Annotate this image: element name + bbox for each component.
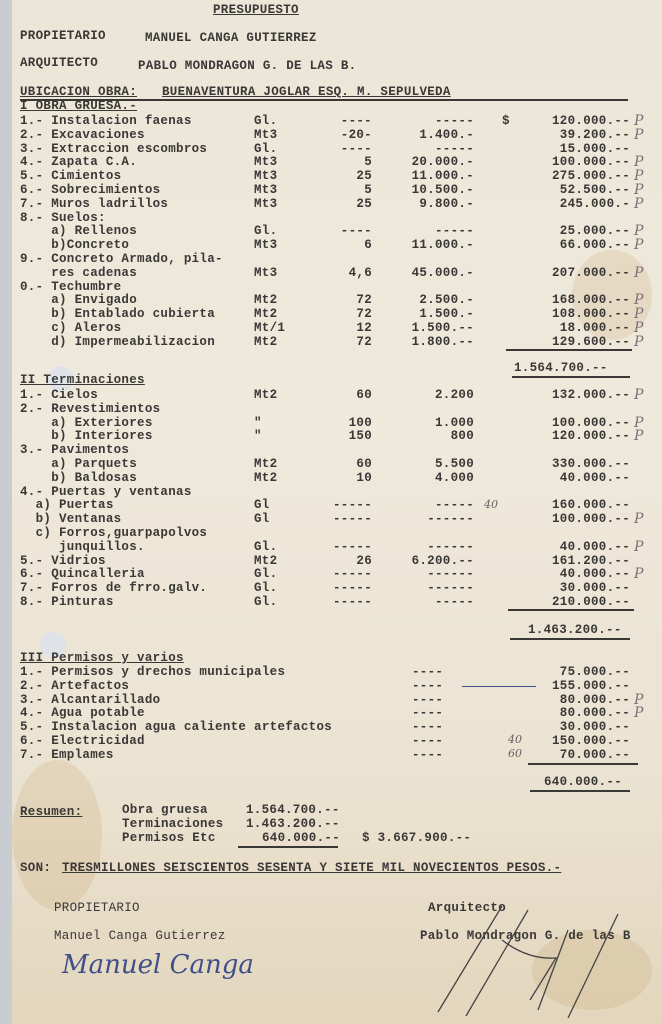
- row-unit: Mt2: [254, 458, 277, 472]
- row-unit-price: 2.500.-: [394, 294, 474, 308]
- row-total: 330.000.--: [516, 458, 630, 472]
- checkmark: P: [634, 265, 643, 281]
- row-total: 40.000.--: [516, 472, 630, 486]
- handwritten-signature-right: [418, 900, 648, 1020]
- row-unit: Gl.: [254, 541, 277, 555]
- checkmark: P: [634, 196, 643, 212]
- row-total: 70.000.--: [516, 749, 630, 763]
- row-quantity: 150: [320, 430, 372, 444]
- row-description: 6.- Quincalleria: [20, 568, 145, 582]
- propietario-label: PROPIETARIO: [20, 30, 106, 44]
- row-unit: Mt3: [254, 198, 277, 212]
- row-description: 8.- Suelos:: [20, 212, 106, 226]
- row-unit-price: 20.000.-: [394, 156, 474, 170]
- ubicacion-label: UBICACION OBRA:: [20, 86, 137, 100]
- row-total: 30.000.--: [516, 582, 630, 596]
- row-description: a) Exteriores: [20, 417, 153, 431]
- section-subtotal: 640.000.--: [544, 776, 622, 790]
- row-description: a) Rellenos: [20, 225, 137, 239]
- arquitecto-label: ARQUITECTO: [20, 57, 98, 71]
- row-total: 100.000.--: [516, 417, 630, 431]
- row-description: 9.- Concreto Armado, pila-: [20, 253, 223, 267]
- row-quantity: -----: [320, 568, 372, 582]
- row-total: 120.000.--: [516, 430, 630, 444]
- row-unit-price: 11.000.-: [394, 170, 474, 184]
- row-quantity: ----: [320, 143, 372, 157]
- row-quantity: 60: [320, 458, 372, 472]
- row-description: b) Ventanas: [20, 513, 121, 527]
- row-unit: Gl.: [254, 143, 277, 157]
- checkmark: P: [634, 387, 643, 403]
- section-title: I OBRA GRUESA.-: [20, 100, 137, 114]
- row-quantity: 26: [320, 555, 372, 569]
- row-dash: ----: [412, 735, 443, 749]
- row-total: 40.000.--: [516, 568, 630, 582]
- row-total: 75.000.--: [516, 666, 630, 680]
- row-description: 7.- Muros ladrillos: [20, 198, 168, 212]
- subtotal-rule: [510, 638, 630, 640]
- row-description: 1.- Instalacion faenas: [20, 115, 192, 129]
- row-unit-price: 45.000.-: [394, 267, 474, 281]
- row-unit: Gl: [254, 513, 270, 527]
- row-quantity: -----: [320, 499, 372, 513]
- row-unit-price: -----: [394, 225, 474, 239]
- row-quantity: 25: [320, 198, 372, 212]
- row-quantity: 72: [320, 336, 372, 350]
- row-unit: Mt2: [254, 555, 277, 569]
- handwritten-signature-left: Manuel Canga: [62, 950, 254, 980]
- row-unit-price: -----: [394, 596, 474, 610]
- row-description: c) Aleros: [20, 322, 121, 336]
- row-unit-price: 1.000: [394, 417, 474, 431]
- row-description: 5.- Cimientos: [20, 170, 121, 184]
- row-unit-price: 9.800.-: [394, 198, 474, 212]
- resumen-item-label: Permisos Etc: [122, 832, 216, 846]
- row-total: 275.000.--: [516, 170, 630, 184]
- section-subtotal: 1.463.200.--: [528, 624, 622, 638]
- row-unit-price: 1.400.-: [394, 129, 474, 143]
- row-dash: ----: [412, 721, 443, 735]
- row-total: 129.600.--: [516, 336, 630, 350]
- row-unit: Mt2: [254, 336, 277, 350]
- row-quantity: 10: [320, 472, 372, 486]
- row-description: b) Interiores: [20, 430, 153, 444]
- son-label: SON:: [20, 862, 51, 876]
- row-unit: Gl.: [254, 596, 277, 610]
- row-description: res cadenas: [20, 267, 137, 281]
- resumen-rule: [238, 846, 338, 848]
- row-quantity: 60: [320, 389, 372, 403]
- row-quantity: ----: [320, 225, 372, 239]
- row-description: 1.- Permisos y drechos municipales: [20, 666, 285, 680]
- row-unit: Gl.: [254, 225, 277, 239]
- row-description: 6.- Electricidad: [20, 735, 145, 749]
- row-total: 80.000.--: [516, 707, 630, 721]
- row-unit: Mt3: [254, 129, 277, 143]
- section-title: II Terminaciones: [20, 374, 145, 388]
- row-quantity: -----: [320, 582, 372, 596]
- subtotal-rule: [528, 763, 638, 765]
- row-total: 100.000.--: [516, 513, 630, 527]
- checkmark: P: [634, 705, 643, 721]
- resumen-item-value: 1.564.700.--: [246, 804, 340, 818]
- row-total: 39.200.--: [516, 129, 630, 143]
- row-description: b) Baldosas: [20, 472, 137, 486]
- row-description: 4.- Zapata C.A.: [20, 156, 137, 170]
- row-unit: Mt3: [254, 184, 277, 198]
- row-quantity: 100: [320, 417, 372, 431]
- checkmark: P: [634, 237, 643, 253]
- resumen-item-label: Obra gruesa: [122, 804, 208, 818]
- row-quantity: -----: [320, 513, 372, 527]
- row-quantity: 5: [320, 184, 372, 198]
- row-quantity: ----: [320, 115, 372, 129]
- row-dash: ----: [412, 694, 443, 708]
- row-unit-price: 1.500.-: [394, 308, 474, 322]
- row-total: 66.000.--: [516, 239, 630, 253]
- row-description: 5.- Instalacion agua caliente artefactos: [20, 721, 332, 735]
- page-title: PRESUPUESTO: [213, 4, 299, 18]
- row-unit-price: 6.200.--: [394, 555, 474, 569]
- subtotal-rule: [530, 790, 630, 792]
- row-description: 5.- Vidrios: [20, 555, 106, 569]
- row-description: a) Parquets: [20, 458, 137, 472]
- row-unit-price: 800: [394, 430, 474, 444]
- row-total: 108.000.--: [516, 308, 630, 322]
- son-text: TRESMILLONES SEISCIENTOS SESENTA Y SIETE…: [62, 862, 561, 876]
- row-total: 30.000.--: [516, 721, 630, 735]
- row-description: 8.- Pinturas: [20, 596, 114, 610]
- checkmark: P: [634, 127, 643, 143]
- resumen-item-value: 640.000.--: [262, 832, 340, 846]
- row-unit-price: 5.500: [394, 458, 474, 472]
- row-total: 120.000.--: [516, 115, 630, 129]
- row-total: 160.000.--: [516, 499, 630, 513]
- row-total: 40.000.--: [516, 541, 630, 555]
- row-unit: Mt3: [254, 267, 277, 281]
- row-unit-price: 10.500.-: [394, 184, 474, 198]
- row-quantity: 5: [320, 156, 372, 170]
- row-quantity: -----: [320, 596, 372, 610]
- row-dash: ----: [412, 680, 443, 694]
- row-total: 168.000.--: [516, 294, 630, 308]
- row-unit-price: ------: [394, 541, 474, 555]
- row-description: c) Forros,guarpapolvos: [20, 527, 207, 541]
- row-total: 15.000.--: [516, 143, 630, 157]
- row-unit: Mt3: [254, 239, 277, 253]
- row-description: 0.- Techumbre: [20, 281, 121, 295]
- row-total: 245.000.-: [516, 198, 630, 212]
- row-unit-price: 2.200: [394, 389, 474, 403]
- row-description: 2.- Artefactos: [20, 680, 129, 694]
- subtotal-rule: [508, 609, 634, 611]
- row-description: 1.- Cielos: [20, 389, 98, 403]
- checkmark: P: [634, 334, 643, 350]
- row-total: 52.500.--: [516, 184, 630, 198]
- row-description: 7.- Forros de frro.galv.: [20, 582, 207, 596]
- resumen-total: $ 3.667.900.--: [362, 832, 471, 846]
- row-unit: Mt2: [254, 472, 277, 486]
- row-unit: Mt2: [254, 294, 277, 308]
- signature-left-title: PROPIETARIO: [54, 902, 140, 916]
- row-quantity: 6: [320, 239, 372, 253]
- row-unit: ": [254, 417, 262, 431]
- row-description: 6.- Sobrecimientos: [20, 184, 160, 198]
- row-description: b) Entablado cubierta: [20, 308, 215, 322]
- resumen-item-value: 1.463.200.--: [246, 818, 340, 832]
- row-unit: Mt2: [254, 308, 277, 322]
- row-unit-price: -----: [394, 115, 474, 129]
- row-currency: $: [502, 115, 510, 129]
- row-unit: Mt3: [254, 156, 277, 170]
- row-unit: Gl: [254, 499, 270, 513]
- signature-left-name: Manuel Canga Gutierrez: [54, 930, 226, 944]
- checkmark: P: [634, 511, 643, 527]
- row-dash: ----: [412, 666, 443, 680]
- row-description: a) Puertas: [20, 499, 114, 513]
- row-total: 132.000.--: [516, 389, 630, 403]
- row-unit: Gl.: [254, 582, 277, 596]
- row-unit: Mt3: [254, 170, 277, 184]
- row-unit-price: 4.000: [394, 472, 474, 486]
- row-description: b)Concreto: [20, 239, 129, 253]
- row-unit-price: ------: [394, 513, 474, 527]
- row-unit-price: 1.500.--: [394, 322, 474, 336]
- checkmark: P: [634, 539, 643, 555]
- row-description: 3.- Alcantarillado: [20, 694, 160, 708]
- row-quantity: 72: [320, 308, 372, 322]
- row-description: 3.- Extraccion escombros: [20, 143, 207, 157]
- row-description: 2.- Revestimientos: [20, 403, 160, 417]
- row-unit: Mt2: [254, 389, 277, 403]
- row-total: 80.000.--: [516, 694, 630, 708]
- row-quantity: 12: [320, 322, 372, 336]
- row-unit: Gl.: [254, 568, 277, 582]
- ubicacion-value: BUENAVENTURA JOGLAR ESQ. M. SEPULVEDA: [162, 86, 451, 100]
- propietario-value: MANUEL CANGA GUTIERREZ: [145, 32, 317, 46]
- arquitecto-value: PABLO MONDRAGON G. DE LAS B.: [138, 60, 356, 74]
- row-total: 150.000.--: [516, 735, 630, 749]
- row-total: 210.000.--: [516, 596, 630, 610]
- handwritten-note: 40: [484, 498, 498, 511]
- row-total: 100.000.--: [516, 156, 630, 170]
- row-quantity: -20-: [320, 129, 372, 143]
- row-description: 4.- Agua potable: [20, 707, 145, 721]
- row-quantity: -----: [320, 541, 372, 555]
- checkmark: P: [634, 566, 643, 582]
- row-description: 7.- Emplames: [20, 749, 114, 763]
- row-quantity: 25: [320, 170, 372, 184]
- resumen-item-label: Terminaciones: [122, 818, 223, 832]
- row-description: 4.- Puertas y ventanas: [20, 486, 192, 500]
- row-description: d) Impermeabilizacion: [20, 336, 215, 350]
- row-quantity: 4,6: [320, 267, 372, 281]
- row-description: junquillos.: [20, 541, 145, 555]
- row-unit: ": [254, 430, 262, 444]
- row-dash: ----: [412, 749, 443, 763]
- section-subtotal: 1.564.700.--: [514, 362, 608, 376]
- arrow-line: [462, 686, 536, 687]
- row-unit-price: -----: [394, 143, 474, 157]
- resumen-label: Resumen:: [20, 806, 82, 820]
- row-total: 25.000.--: [516, 225, 630, 239]
- subtotal-rule: [512, 376, 630, 378]
- row-unit-price: -----: [394, 499, 474, 513]
- checkmark: P: [634, 428, 643, 444]
- row-unit-price: ------: [394, 568, 474, 582]
- row-unit-price: 1.800.--: [394, 336, 474, 350]
- row-total: 207.000.--: [516, 267, 630, 281]
- row-total: 18.000.--: [516, 322, 630, 336]
- row-dash: ----: [412, 707, 443, 721]
- row-unit: Gl.: [254, 115, 277, 129]
- row-total: 161.200.--: [516, 555, 630, 569]
- row-unit-price: ------: [394, 582, 474, 596]
- row-description: 2.- Excavaciones: [20, 129, 145, 143]
- row-unit: Mt/1: [254, 322, 285, 336]
- row-quantity: 72: [320, 294, 372, 308]
- row-description: 3.- Pavimentos: [20, 444, 129, 458]
- section-title: III Permisos y varios: [20, 652, 184, 666]
- row-unit-price: 11.000.-: [394, 239, 474, 253]
- subtotal-rule: [506, 349, 632, 351]
- row-description: a) Envigado: [20, 294, 137, 308]
